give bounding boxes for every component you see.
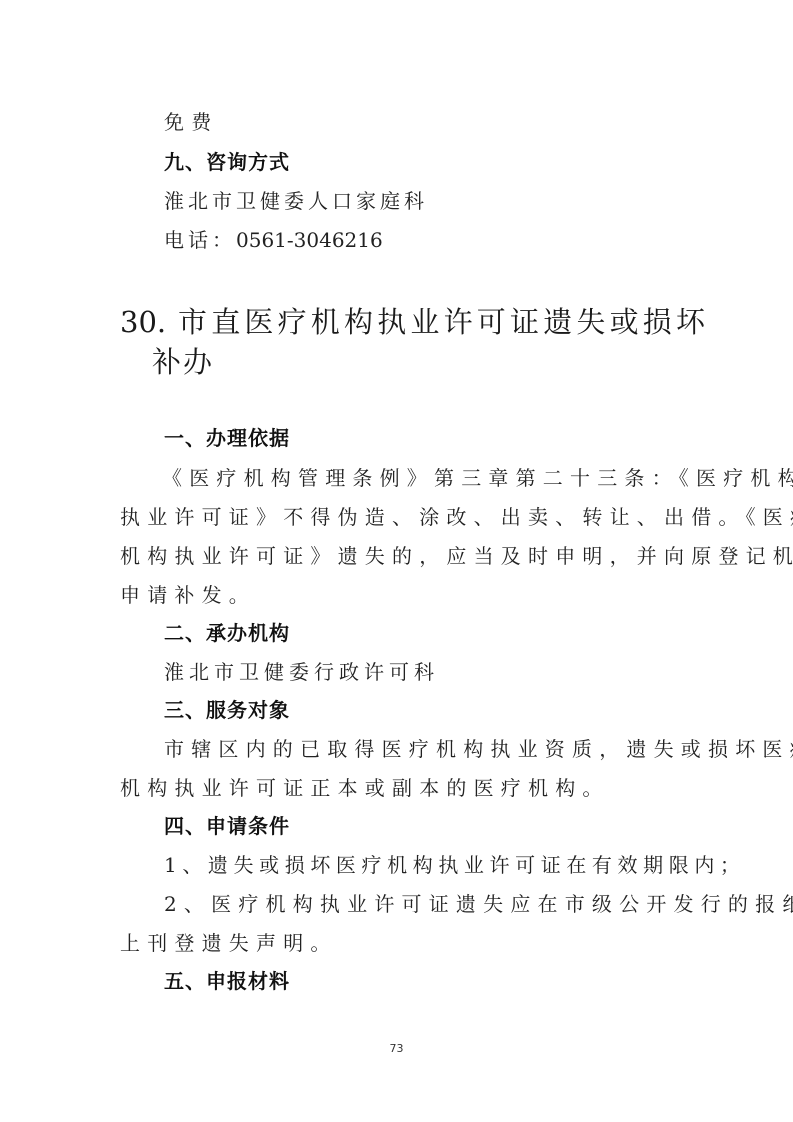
phone-label: 电话： <box>164 228 236 252</box>
phone-line: 电话：0561-3046216 <box>164 228 383 252</box>
agency-line-1: 淮北市卫健委行政许可科 <box>164 660 439 684</box>
section-number: 30. <box>120 304 178 340</box>
heading-conditions: 四、申请条件 <box>164 814 290 838</box>
phone-number: 0561-3046216 <box>236 228 383 252</box>
section-title-line2: 补办 <box>152 344 214 380</box>
service-target-line-2: 机构执业许可证正本或副本的医疗机构。 <box>120 776 610 800</box>
basis-line-4: 申请补发。 <box>120 583 256 607</box>
consult-org: 淮北市卫健委人口家庭科 <box>164 189 428 213</box>
heading-service-target: 三、服务对象 <box>164 698 290 722</box>
heading-agency: 二、承办机构 <box>164 621 290 645</box>
condition-line-3: 上刊登遗失声明。 <box>120 931 338 955</box>
consult-heading: 九、咨询方式 <box>164 150 290 174</box>
section-title-line1: 市直医疗机构执业许可证遗失或损坏 <box>178 305 709 339</box>
condition-line-1: 1、遗失或损坏医疗机构执业许可证在有效期限内； <box>164 853 746 877</box>
heading-materials: 五、申报材料 <box>164 969 290 993</box>
service-target-line-1: 市辖区内的已取得医疗机构执业资质，遗失或损坏医疗 <box>164 737 793 761</box>
condition-line-2: 2、医疗机构执业许可证遗失应在市级公开发行的报纸 <box>164 892 793 916</box>
fee-text: 免费 <box>164 110 218 134</box>
basis-line-2: 执业许可证》不得伪造、涂改、出卖、转让、出借。《医疗 <box>120 505 793 529</box>
heading-basis: 一、办理依据 <box>164 426 290 450</box>
basis-line-1: 《医疗机构管理条例》第三章第二十三条：《医疗机构 <box>162 466 793 490</box>
page-number: 73 <box>0 1042 793 1055</box>
section-title: 30.市直医疗机构执业许可证遗失或损坏 <box>120 304 709 340</box>
basis-line-3: 机构执业许可证》遗失的，应当及时申明，并向原登记机关 <box>120 544 793 568</box>
